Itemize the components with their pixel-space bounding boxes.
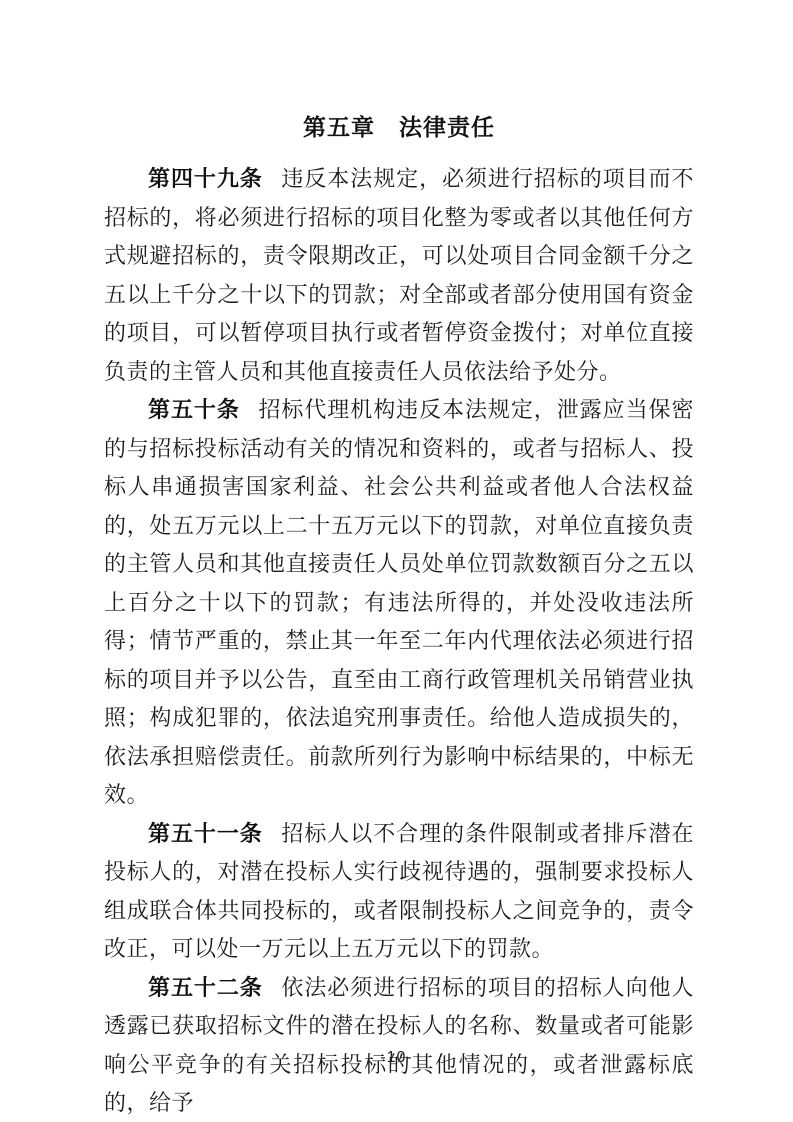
page-content: 第五章 法律责任 第四十九条违反本法规定，必须进行招标的项目而不招标的，将必须进… — [104, 112, 694, 1122]
article-number: 第五十条 — [148, 397, 240, 422]
page-number: -10- — [0, 1049, 793, 1067]
article-number: 第四十九条 — [148, 166, 263, 191]
article-paragraph-52: 第五十二条依法必须进行招标的项目的招标人向他人透露已获取招标文件的潜在投标人的名… — [104, 969, 694, 1122]
article-paragraph-50: 第五十条招标代理机构违反本法规定，泄露应当保密的与招标投标活动有关的情况和资料的… — [104, 391, 694, 815]
article-paragraph-49: 第四十九条违反本法规定，必须进行招标的项目而不招标的，将必须进行招标的项目化整为… — [104, 160, 694, 391]
article-number: 第五十一条 — [148, 821, 263, 846]
article-number: 第五十二条 — [148, 975, 263, 1000]
article-paragraph-51: 第五十一条招标人以不合理的条件限制或者排斥潜在投标人的，对潜在投标人实行歧视待遇… — [104, 815, 694, 969]
article-text: 招标代理机构违反本法规定，泄露应当保密的与招标投标活动有关的情况和资料的，或者与… — [104, 397, 694, 807]
document-page: 第五章 法律责任 第四十九条违反本法规定，必须进行招标的项目而不招标的，将必须进… — [0, 0, 793, 1122]
article-text: 违反本法规定，必须进行招标的项目而不招标的，将必须进行招标的项目化整为零或者以其… — [104, 166, 694, 384]
chapter-title: 第五章 法律责任 — [104, 112, 694, 143]
